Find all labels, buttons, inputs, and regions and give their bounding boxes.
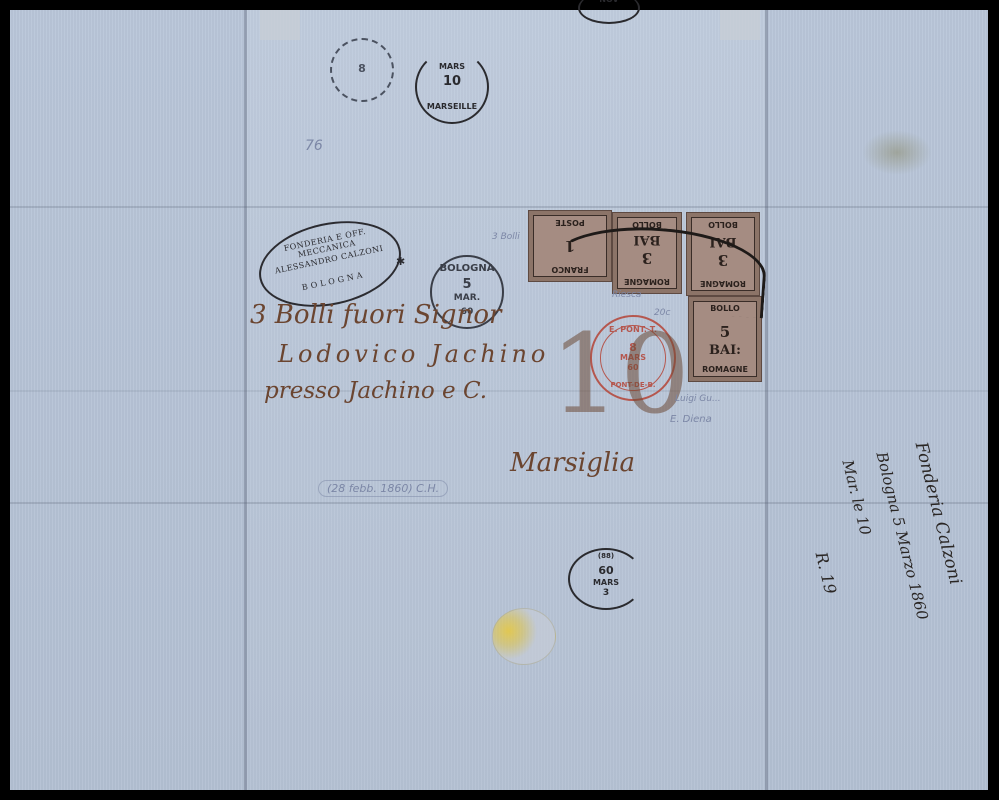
fold-line-upper	[10, 206, 988, 208]
hinge-tab-right	[720, 10, 760, 40]
rate-mark: 10	[550, 310, 690, 438]
wax-seal-remnant	[492, 608, 556, 665]
pencil-number: 76	[305, 138, 323, 154]
postmark-back-bottom: (88) 60 MARS 3	[568, 548, 644, 610]
postmark-marseille: MARSEILLE 10 MARS	[415, 50, 489, 124]
address-line3: presso Jachino e C.	[264, 378, 487, 404]
pencil-note-5: 3 Bolli	[492, 232, 520, 242]
address-line2: Lodovico Jachino	[278, 340, 549, 368]
pencil-note-1: Riesca	[612, 290, 641, 300]
docket-line3: Mar. le 10	[839, 458, 875, 537]
letter-sheet: FONDERIA E OFF. MECCANICA ALESSANDRO CAL…	[10, 10, 988, 790]
stain	[862, 130, 932, 175]
address-line1: 3 Bolli fuori Signor	[250, 300, 501, 330]
pencil-expert-note: (28 febb. 1860) C.H.	[318, 480, 448, 497]
fold-line-mid	[10, 390, 988, 392]
star-icon: ✱	[396, 255, 405, 268]
pencil-note-4: E. Diena	[670, 414, 712, 425]
address-city: Marsiglia	[510, 448, 635, 478]
fold-line-right	[765, 10, 768, 790]
hinge-tab-left	[260, 10, 300, 40]
fold-line-left	[244, 10, 247, 790]
pencil-note-3: Luigi Gu...	[675, 394, 721, 404]
fold-line-lower	[10, 502, 988, 504]
postmark-transit-faint: 8	[330, 38, 394, 102]
pencil-note-2: 20c	[654, 308, 670, 318]
docket-line4: R. 19	[812, 550, 841, 596]
